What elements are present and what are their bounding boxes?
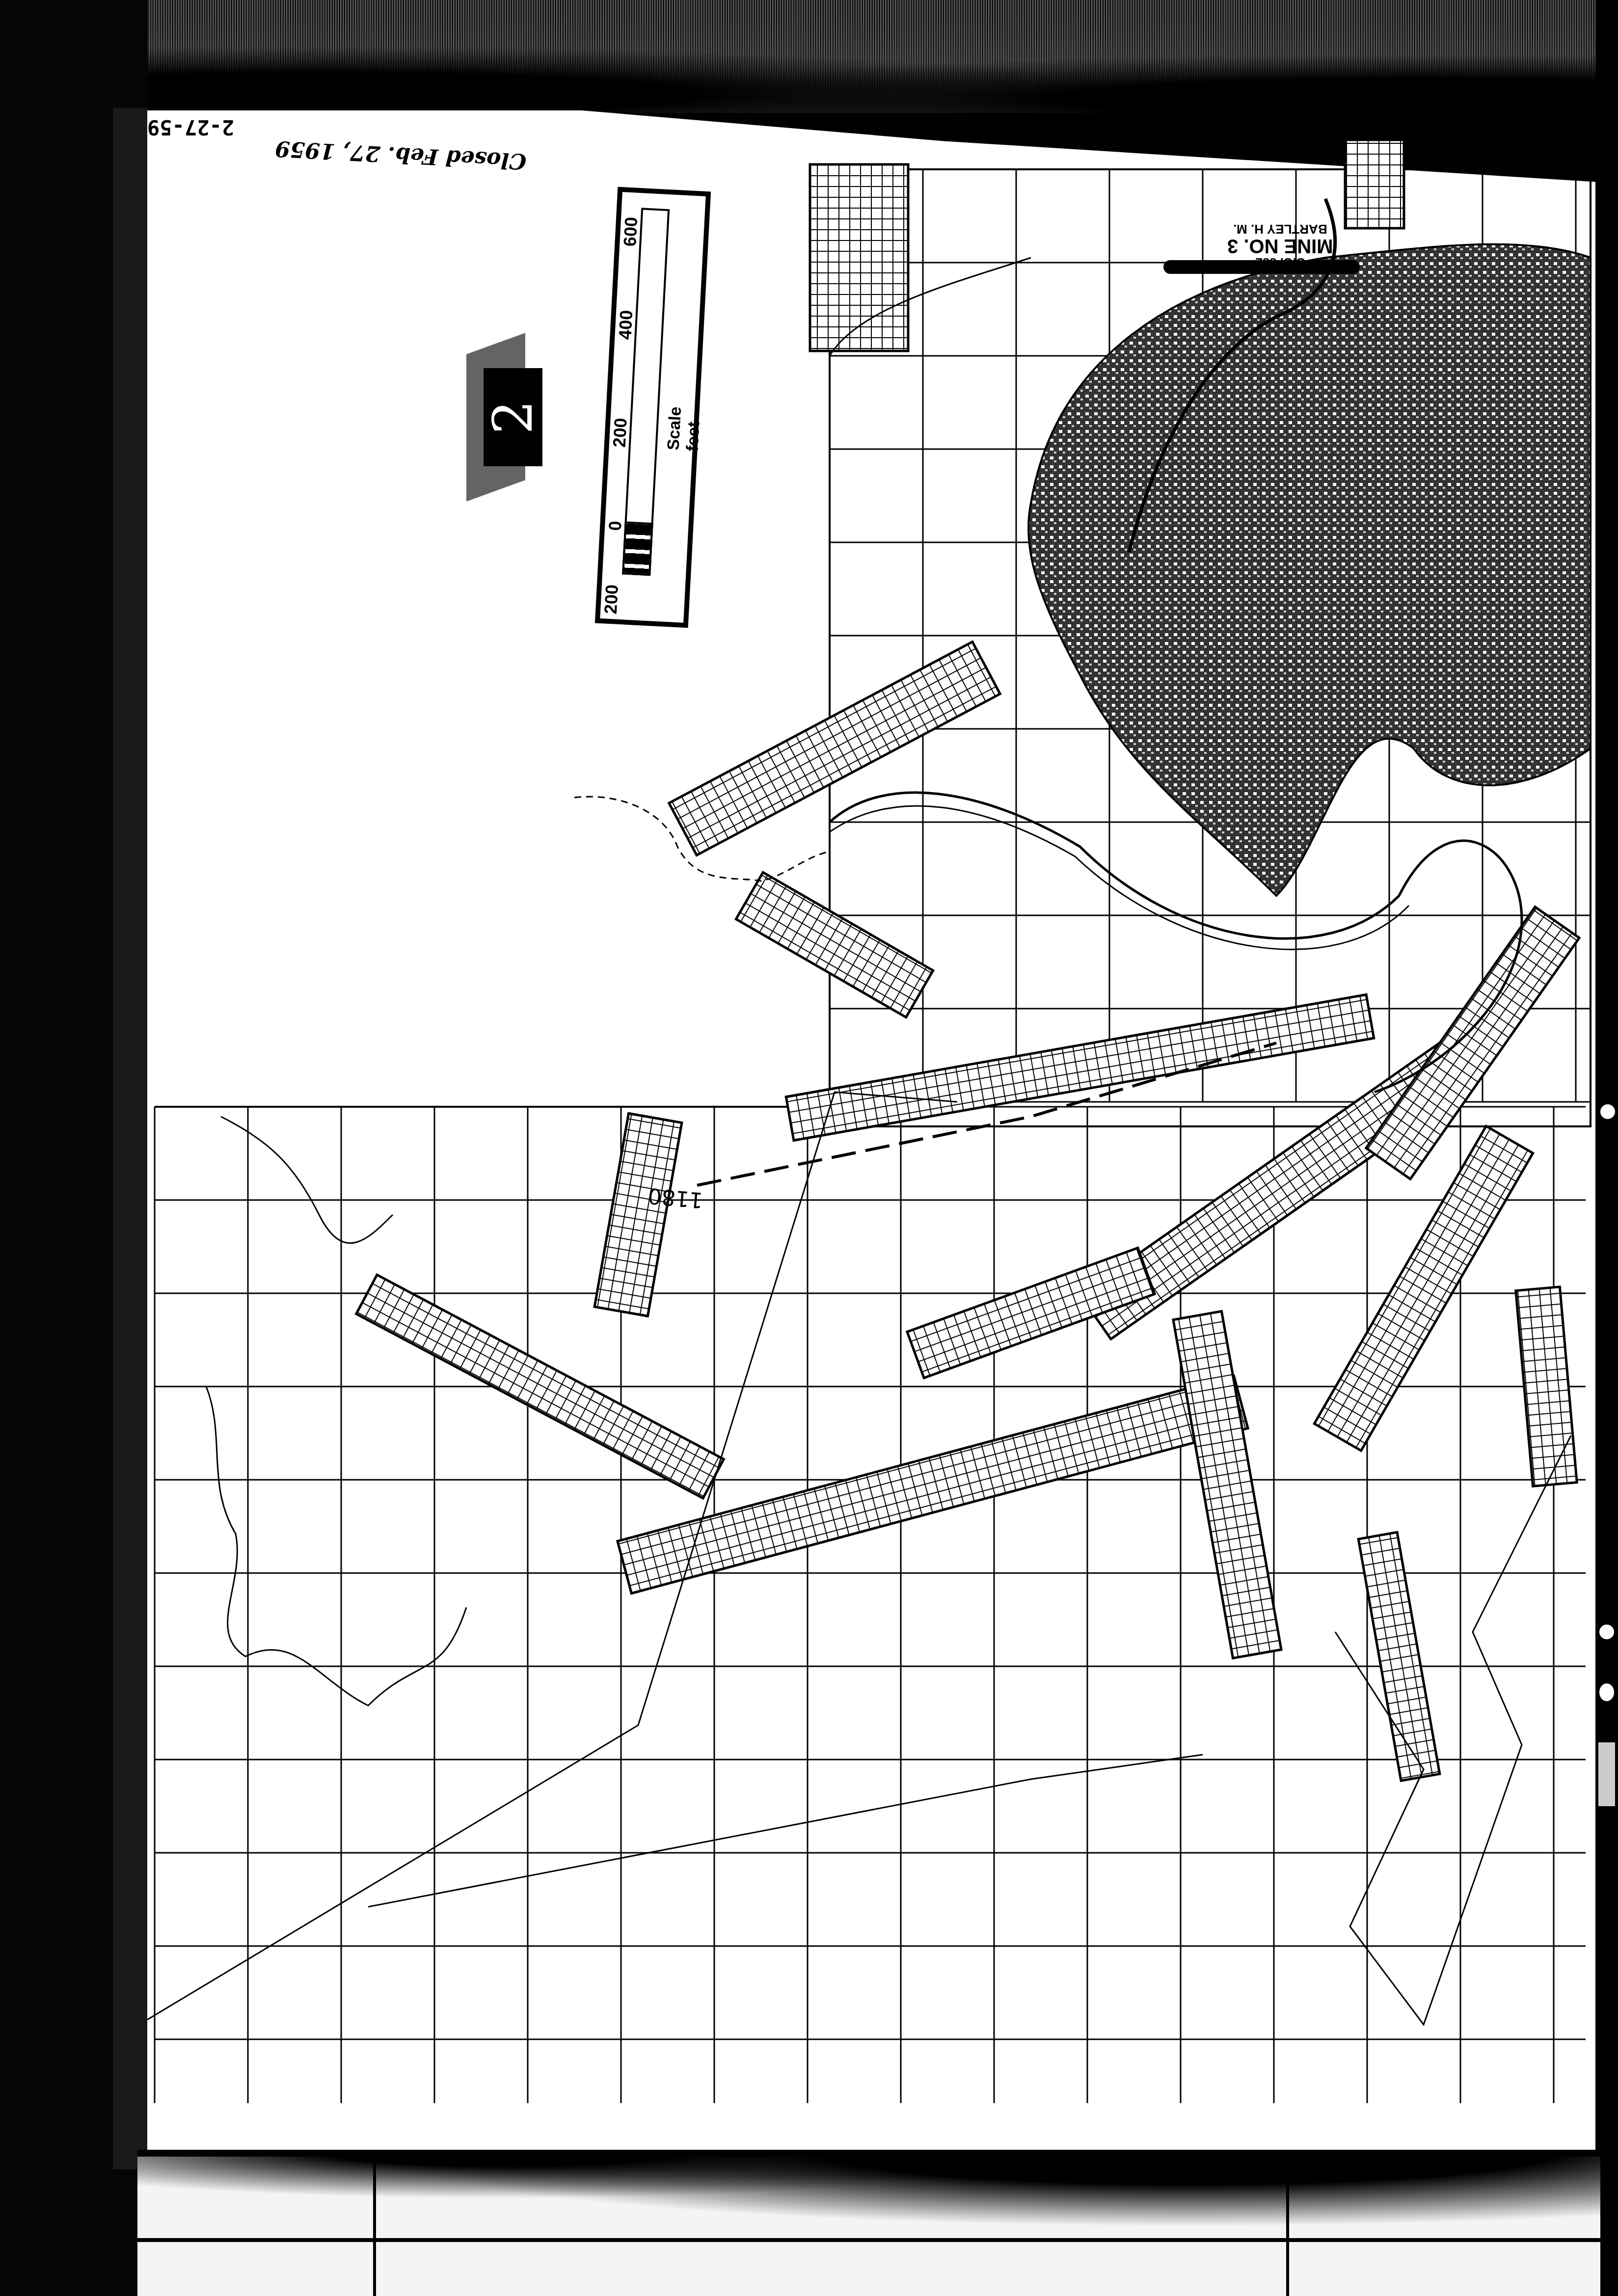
- film-frame-line: [373, 2150, 376, 2296]
- mine-workings-map: [147, 110, 1595, 2152]
- mine-company: BARTLEY H. M.: [1227, 221, 1333, 238]
- film-bottom-shadow: [137, 2150, 1600, 2248]
- mine-code: S.C. 882: [1227, 254, 1333, 271]
- elevation-label: 1180: [647, 1183, 704, 1213]
- mine-label: S.C. 882 MINE NO. 3 BARTLEY H. M.: [1227, 221, 1333, 271]
- mine-name: MINE NO. 3: [1227, 238, 1333, 254]
- film-top-edge: [0, 0, 1618, 113]
- film-right-border: [1595, 0, 1618, 2296]
- film-left-border-inner: [113, 108, 147, 2169]
- film-frame-line: [137, 2238, 1600, 2242]
- film-frame-line: [1286, 2150, 1289, 2296]
